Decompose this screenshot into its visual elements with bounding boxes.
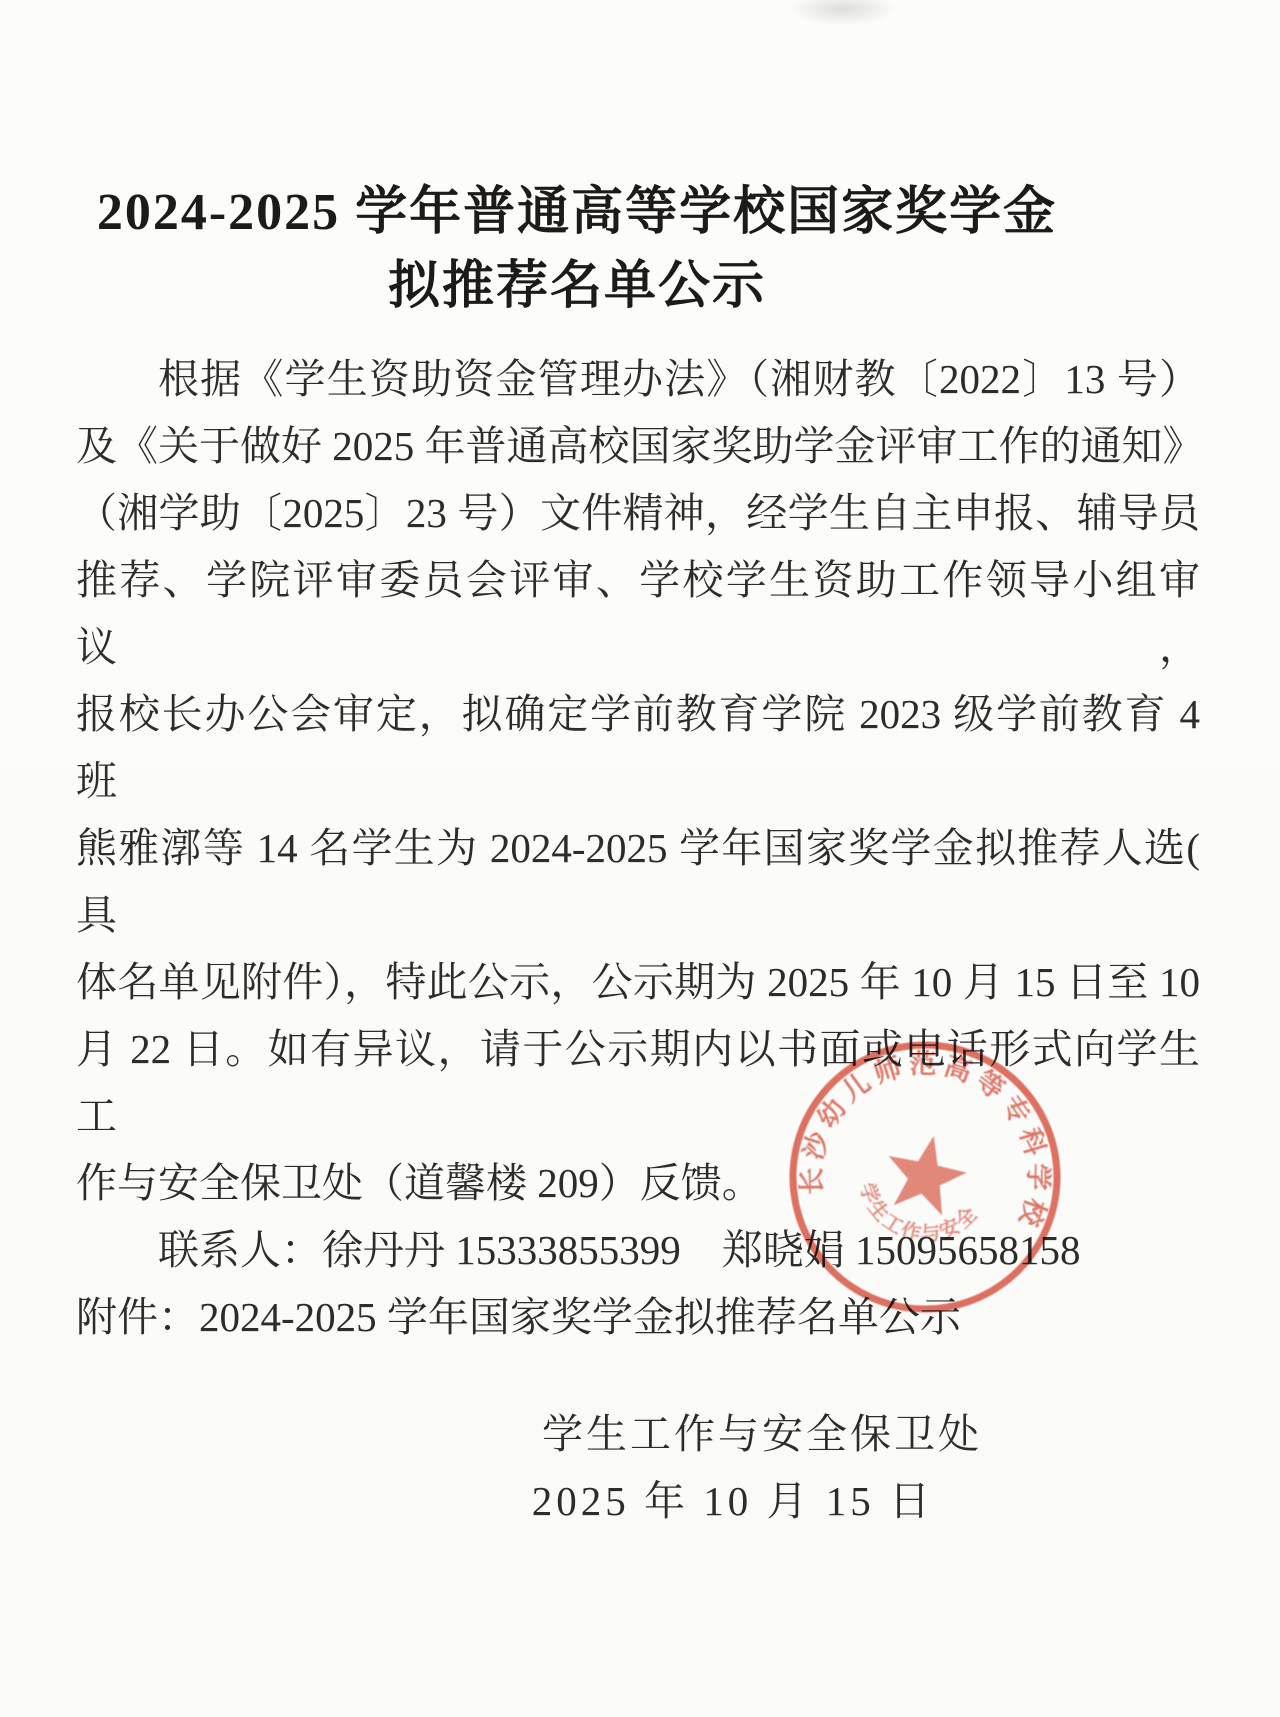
- official-seal: 长沙幼儿师范高等专科学校 学生工作与安全保卫处: [765, 1017, 1085, 1337]
- body-line: 熊雅漷等 14 名学生为 2024-2025 学年国家奖学金拟推荐人选( 具: [76, 815, 1200, 949]
- title-line-1: 2024-2025 学年普通高等学校国家奖学金: [32, 176, 1122, 250]
- signature-department: 学生工作与安全保卫处: [0, 1401, 1280, 1468]
- body-line: （湘学助〔2025〕23 号）文件精神，经学生自主申报、辅导员: [76, 480, 1200, 547]
- title-line-2: 拟推荐名单公示: [32, 250, 1122, 324]
- document-title: 2024-2025 学年普通高等学校国家奖学金 拟推荐名单公示: [32, 176, 1122, 324]
- signature-block: 学生工作与安全保卫处 2025 年 10 月 15 日: [0, 1401, 1280, 1535]
- seal-arc-text: 长沙幼儿师范高等专科学校: [790, 1023, 1079, 1247]
- signature-date: 2025 年 10 月 15 日: [0, 1468, 1280, 1535]
- body-line: 推荐、学院评审委员会评审、学校学生资助工作领导小组审议，: [76, 547, 1200, 681]
- document-page: 2024-2025 学年普通高等学校国家奖学金 拟推荐名单公示 根据《学生资助资…: [0, 0, 1280, 1717]
- star-icon: [879, 1128, 973, 1219]
- seal-arc-textpath: 长沙幼儿师范高等专科学校: [790, 1023, 1079, 1247]
- body-line: 体名单见附件），特此公示，公示期为 2025 年 10 月 15 日至 10: [76, 949, 1200, 1016]
- body-line: 及《关于做好 2025 年普通高校国家奖助学金评审工作的通知》: [76, 413, 1200, 480]
- scan-smudge: [788, 0, 898, 26]
- body-line: 报校长办公会审定，拟确定学前教育学院 2023 级学前教育 4 班: [76, 681, 1200, 815]
- body-line: 根据《学生资助资金管理办法》（湘财教〔2022〕13 号）: [76, 346, 1200, 413]
